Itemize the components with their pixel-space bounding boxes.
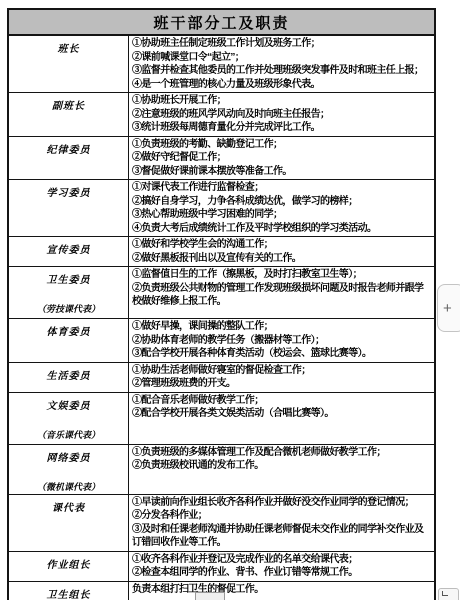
duty-item: ②课前喊课堂口令“起立”； <box>132 51 432 65</box>
table-row: 班长①协助班主任制定班级工作计划及班务工作；②课前喊课堂口令“起立”；③监督并检… <box>9 36 434 92</box>
role-name: 课代表 <box>9 499 128 514</box>
duty-item: ②管理班级班费的开支。 <box>132 377 432 391</box>
duty-item: ③及时和任课老师沟通并协助任课老师督促未交作业的同学补交作业及订错回收作业等工作… <box>132 523 432 550</box>
duties-cell: ①协助生活老师做好寝室的督促检查工作；②管理班级班费的开支。 <box>129 363 434 392</box>
duties-cell: ①协助班主任制定班级工作计划及班务工作；②课前喊课堂口令“起立”；③监督并检查其… <box>129 36 434 92</box>
duty-item: ①做好和学校学生会的沟通工作； <box>132 238 432 252</box>
table-row: 副班长①协助班长开展工作；②注意班级的班风学风动向及时向班主任报告；③统计班级每… <box>9 92 434 136</box>
table-row: 学习委员①对课代表工作进行监督检查；②搞好自身学习，力争各科成绩达优，做学习的榜… <box>9 179 434 236</box>
duty-item: ②做好黑板报刊出以及宣传有关的工作。 <box>132 252 432 266</box>
duty-table-body: 班长①协助班主任制定班级工作计划及班务工作；②课前喊课堂口令“起立”；③监督并检… <box>9 36 434 600</box>
role-cell: 体育委员 <box>9 319 129 362</box>
role-name: 网络委员 <box>9 449 128 464</box>
role-cell: 副班长 <box>9 93 129 136</box>
duty-item: ①协助班长开展工作； <box>132 94 432 108</box>
role-name: 学习委员 <box>9 184 128 199</box>
duties-cell: ①做好早操，课间操的整队工作；②协助体育老师的教学任务（搬器材等工作）；③配合学… <box>129 319 434 362</box>
role-cell: 作业组长 <box>9 552 129 581</box>
duties-cell: ①监督值日生的工作（擦黑板，及时打扫教室卫生等）；②负责班级公共财物的管理工作发… <box>129 267 434 318</box>
duty-item: ①负责班级的多媒体管理工作及配合微机老师做好教学工作； <box>132 446 432 460</box>
duties-cell: ①做好和学校学生会的沟通工作；②做好黑板报刊出以及宣传有关的工作。 <box>129 237 434 266</box>
duty-item: ①协助班主任制定班级工作计划及班务工作； <box>132 37 432 51</box>
role-note: （劳技课代表） <box>9 302 128 315</box>
role-cell: 班长 <box>9 36 129 92</box>
duty-item: ②负责班级公共财物的管理工作发现班级损坏问题及时报告老师并跟学校做好维修上报工作… <box>132 282 432 309</box>
duty-item: ②协助体育老师的教学任务（搬器材等工作）； <box>132 334 432 348</box>
role-name: 班长 <box>9 40 128 55</box>
duty-item: ②配合学校开展各类文娱类活动（合唱比赛等）。 <box>132 407 432 421</box>
role-cell: 网络委员（微机课代表） <box>9 445 129 494</box>
table-row: 作业组长①收齐各科作业并登记及完成作业的名单交给课代表；②检查本组同学的作业、背… <box>9 551 434 581</box>
table-row: 卫生委员（劳技课代表）①监督值日生的工作（擦黑板，及时打扫教室卫生等）；②负责班… <box>9 266 434 318</box>
duty-item: ①监督值日生的工作（擦黑板，及时打扫教室卫生等）； <box>132 268 432 282</box>
role-cell: 纪律委员 <box>9 137 129 180</box>
role-cell: 宣传委员 <box>9 237 129 266</box>
duty-item: ②分发各科作业； <box>132 509 432 523</box>
duties-cell: ①负责班级的多媒体管理工作及配合微机老师做好教学工作；②负责班级校讯通的发布工作… <box>129 445 434 494</box>
duty-item: ④负责大考后成绩统计工作及平时学校组织的学习类活动。 <box>132 222 432 236</box>
role-name: 宣传委员 <box>9 241 128 256</box>
role-cell: 生活委员 <box>9 363 129 392</box>
scroll-corner-button[interactable] <box>438 588 459 600</box>
duty-item: ①对课代表工作进行监督检查； <box>132 181 432 195</box>
duties-cell: ①负责班级的考勤、缺勤登记工作；②做好守纪督促工作；③督促做好课前课本摆放等准备… <box>129 137 434 180</box>
duty-item: ②做好守纪督促工作； <box>132 151 432 165</box>
duty-item: ③配合学校开展各种体育类活动（校运会、篮球比赛等）。 <box>132 347 432 361</box>
table-title: 班干部分工及职责 <box>9 10 434 36</box>
role-note: （音乐课代表） <box>9 428 128 441</box>
role-note: （微机课代表） <box>9 480 128 493</box>
table-row: 宣传委员①做好和学校学生会的沟通工作；②做好黑板报刊出以及宣传有关的工作。 <box>9 236 434 266</box>
duty-item: ③督促做好课前课本摆放等准备工作。 <box>132 165 432 179</box>
table-row: 课代表①早读前向作业组长收齐各科作业并做好没交作业同学的登记情况；②分发各科作业… <box>9 494 434 551</box>
table-row: 体育委员①做好早操，课间操的整队工作；②协助体育老师的教学任务（搬器材等工作）；… <box>9 318 434 362</box>
duty-item: ①做好早操，课间操的整队工作； <box>132 320 432 334</box>
role-cell: 课代表 <box>9 495 129 551</box>
table-row: 生活委员①协助生活老师做好寝室的督促检查工作；②管理班级班费的开支。 <box>9 362 434 392</box>
duty-item: ③热心帮助班级中学习困难的同学； <box>132 208 432 222</box>
duty-item: ④是一个班管理的核心力量及班级形象代表。 <box>132 78 432 92</box>
role-name: 副班长 <box>9 97 128 112</box>
horizontal-scrollbar-stub[interactable] <box>195 592 225 600</box>
duty-item: ①配合音乐老师做好教学工作； <box>132 394 432 408</box>
role-name: 作业组长 <box>9 556 128 571</box>
duties-cell: ①配合音乐老师做好教学工作；②配合学校开展各类文娱类活动（合唱比赛等）。 <box>129 393 434 444</box>
role-name: 生活委员 <box>9 367 128 382</box>
class-cadre-duty-table: 班干部分工及职责 班长①协助班主任制定班级工作计划及班务工作；②课前喊课堂口令“… <box>7 8 436 600</box>
duty-item: ②负责班级校讯通的发布工作。 <box>132 459 432 473</box>
duty-item: ②检查本组同学的作业、背书、作业订错等常规工作。 <box>132 566 432 580</box>
duty-item: ①早读前向作业组长收齐各科作业并做好没交作业同学的登记情况； <box>132 496 432 510</box>
plus-icon: + <box>443 301 452 316</box>
duties-cell: ①早读前向作业组长收齐各科作业并做好没交作业同学的登记情况；②分发各科作业；③及… <box>129 495 434 551</box>
duties-cell: ①对课代表工作进行监督检查；②搞好自身学习，力争各科成绩达优，做学习的榜样；③热… <box>129 180 434 236</box>
resize-corner-icon <box>442 591 448 596</box>
duties-cell: ①协助班长开展工作；②注意班级的班风学风动向及时向班主任报告；③统计班级每周德育… <box>129 93 434 136</box>
insert-row-button[interactable]: + <box>437 284 460 332</box>
duty-item: ①负责班级的考勤、缺勤登记工作； <box>132 138 432 152</box>
table-row: 文娱委员（音乐课代表）①配合音乐老师做好教学工作；②配合学校开展各类文娱类活动（… <box>9 392 434 444</box>
role-name: 体育委员 <box>9 323 128 338</box>
role-name: 文娱委员 <box>9 397 128 412</box>
role-cell: 卫生委员（劳技课代表） <box>9 267 129 318</box>
role-cell: 卫生组长 <box>9 582 129 600</box>
duty-item: ③监督并检查其他委员的工作并处理班级突发事件及时和班主任上报； <box>132 64 432 78</box>
role-cell: 学习委员 <box>9 180 129 236</box>
role-name: 卫生组长 <box>9 586 128 600</box>
role-name: 纪律委员 <box>9 141 128 156</box>
duty-item: ②搞好自身学习，力争各科成绩达优，做学习的榜样； <box>132 195 432 209</box>
duty-item: ①协助生活老师做好寝室的督促检查工作； <box>132 364 432 378</box>
duty-item: ①收齐各科作业并登记及完成作业的名单交给课代表； <box>132 553 432 567</box>
role-cell: 文娱委员（音乐课代表） <box>9 393 129 444</box>
duty-item: ③统计班级每周德育量化分并完成评比工作。 <box>132 121 432 135</box>
duties-cell: ①收齐各科作业并登记及完成作业的名单交给课代表；②检查本组同学的作业、背书、作业… <box>129 552 434 581</box>
duties-cell: 负责本组打扫卫生的督促工作。 <box>129 582 434 600</box>
table-row: 纪律委员①负责班级的考勤、缺勤登记工作；②做好守纪督促工作；③督促做好课前课本摆… <box>9 136 434 180</box>
role-name: 卫生委员 <box>9 271 128 286</box>
duty-item: 负责本组打扫卫生的督促工作。 <box>132 583 432 597</box>
document-page: { "page_title": "班干部分工及职责", "table": { "… <box>0 0 460 600</box>
duty-item: ②注意班级的班风学风动向及时向班主任报告； <box>132 108 432 122</box>
table-row: 网络委员（微机课代表）①负责班级的多媒体管理工作及配合微机老师做好教学工作；②负… <box>9 444 434 494</box>
